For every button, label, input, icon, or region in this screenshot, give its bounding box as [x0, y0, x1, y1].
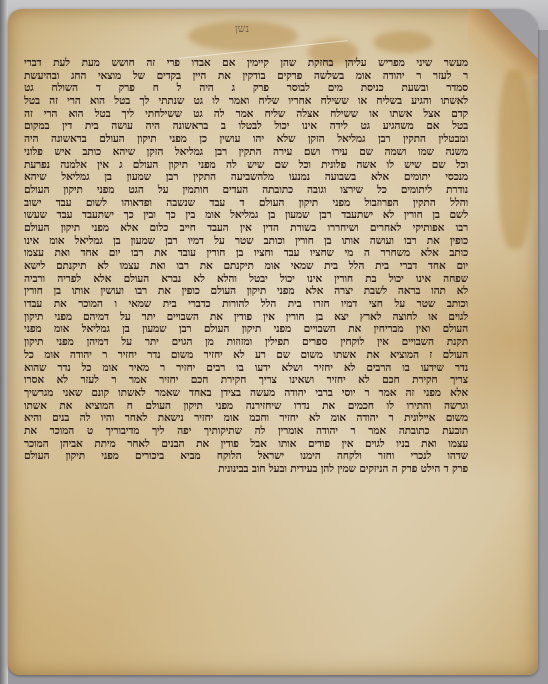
text-line: לאשתו והגיע בשליח או ששילח אחריו שליח וא… [24, 95, 468, 108]
text-line: משום איילונית ר יהודה אומ לא יחזיר וחכמ … [24, 412, 468, 425]
text-line: וכותב שטר על חצי דמיו חזרו בית הלל להורו… [24, 298, 468, 311]
text-line: עצמו ואת בניו לגוים אין פודים אותו אבל פ… [24, 438, 468, 451]
water-stain [373, 31, 433, 53]
text-line: שדהו לנכרי וחזר ולקחה הימנו ישראל הלוקח … [24, 450, 468, 463]
folio-number: נשן [235, 22, 249, 35]
text-line-chapter-end: פרק ד הילט פרק ה הניזקים שמין להן בעידית… [24, 463, 468, 476]
text-line: לשם בן חורין לא ישתעבד רבן שמעון בן גמלי… [24, 209, 468, 222]
text-line: מנכסי יתומים אלא בשבועה נמנעו מלהשביעה ה… [24, 171, 468, 184]
text-line: נודרת ליתומים כל שירצו וגובה כתובתה העדי… [24, 184, 468, 197]
text-line: וגרשה והתירו לו חכמים את נדרו שיחזירנה מ… [24, 400, 468, 413]
text-line: אלא מפני זה אמר ר יוסי ברבי יהודה מעשה ב… [24, 387, 468, 400]
text-line: תובעת כתובתה אמר ר יהודה אומרין לה שתיקו… [24, 425, 468, 438]
text-line: רבו אפותיקי לאחרים ושיחררו בשורת הדין אי… [24, 222, 468, 235]
text-line: יום אחד דברי בית הלל בית שמאי אומ תיקנתם… [24, 260, 468, 273]
damaged-corner [468, 9, 538, 79]
text-line: ר לעזר ר יהודה אומ בשלשה פרקים בודקין את… [24, 70, 468, 83]
text-line: ומבטלין התקין רבן גמליאל הזקן שלא יהו עו… [24, 133, 468, 146]
text-line: מעשר שיני מפריש עליהן בחזקת שהן קיימין א… [24, 57, 468, 70]
text-line: צריך חקירת חכם לא יחזיר ושאינו צריך חקיר… [24, 374, 468, 387]
text-line: משנה שמו ושמה שם עירו ושם עירה התקין רבן… [24, 146, 468, 159]
text-line: העולם ז המוציא את אשתו משום שם רע לא יחז… [24, 349, 468, 362]
text-line: קדם אצל אשתו או ששילח אצלה שליח אמר לה ג… [24, 108, 468, 121]
text-line: בטל אם משהגיע גט לידה אינו יכול לבטלו ב … [24, 120, 468, 133]
text-line: לגוים או לחוצה לארץ יצא בן חורין אין פוד… [24, 311, 468, 324]
text-line: כופין את רבו ועושה אותו בן חורין וכותב ש… [24, 235, 468, 248]
text-line: תקנת השבויים אין לוקחין ספרים תפילין ומז… [24, 336, 468, 349]
text-line: העולם ואין מבריחין את השבויים מפני תיקון… [24, 323, 468, 336]
text-line: שפחה אינו יכול בת חורין אינו יכול יבטל ו… [24, 273, 468, 286]
text-line: והלל התקין הפרוזבול מפני תיקון העולם ד ע… [24, 197, 468, 210]
water-stain [498, 69, 532, 249]
text-line: לא תהו בראה לשבת יצרה אלא מפני תיקון העו… [24, 285, 468, 298]
text-line: נדר שידעו בו הרבים לא יחזיר ושלא ידעו בו… [24, 362, 468, 375]
hebrew-text-column: מעשר שיני מפריש עליהן בחזקת שהן קיימין א… [24, 57, 468, 476]
text-line: כותב אלא משחרר ה מי שחציו עבד וחציו בן ח… [24, 247, 468, 260]
text-line: סמדר ובשעת כניסת מים לבוסר פרק ג היה ל ח… [24, 82, 468, 95]
text-line: וכל שם שיש לו אשה פלונית וכל שם שיש לה מ… [24, 159, 468, 172]
binding-edge [0, 0, 8, 684]
